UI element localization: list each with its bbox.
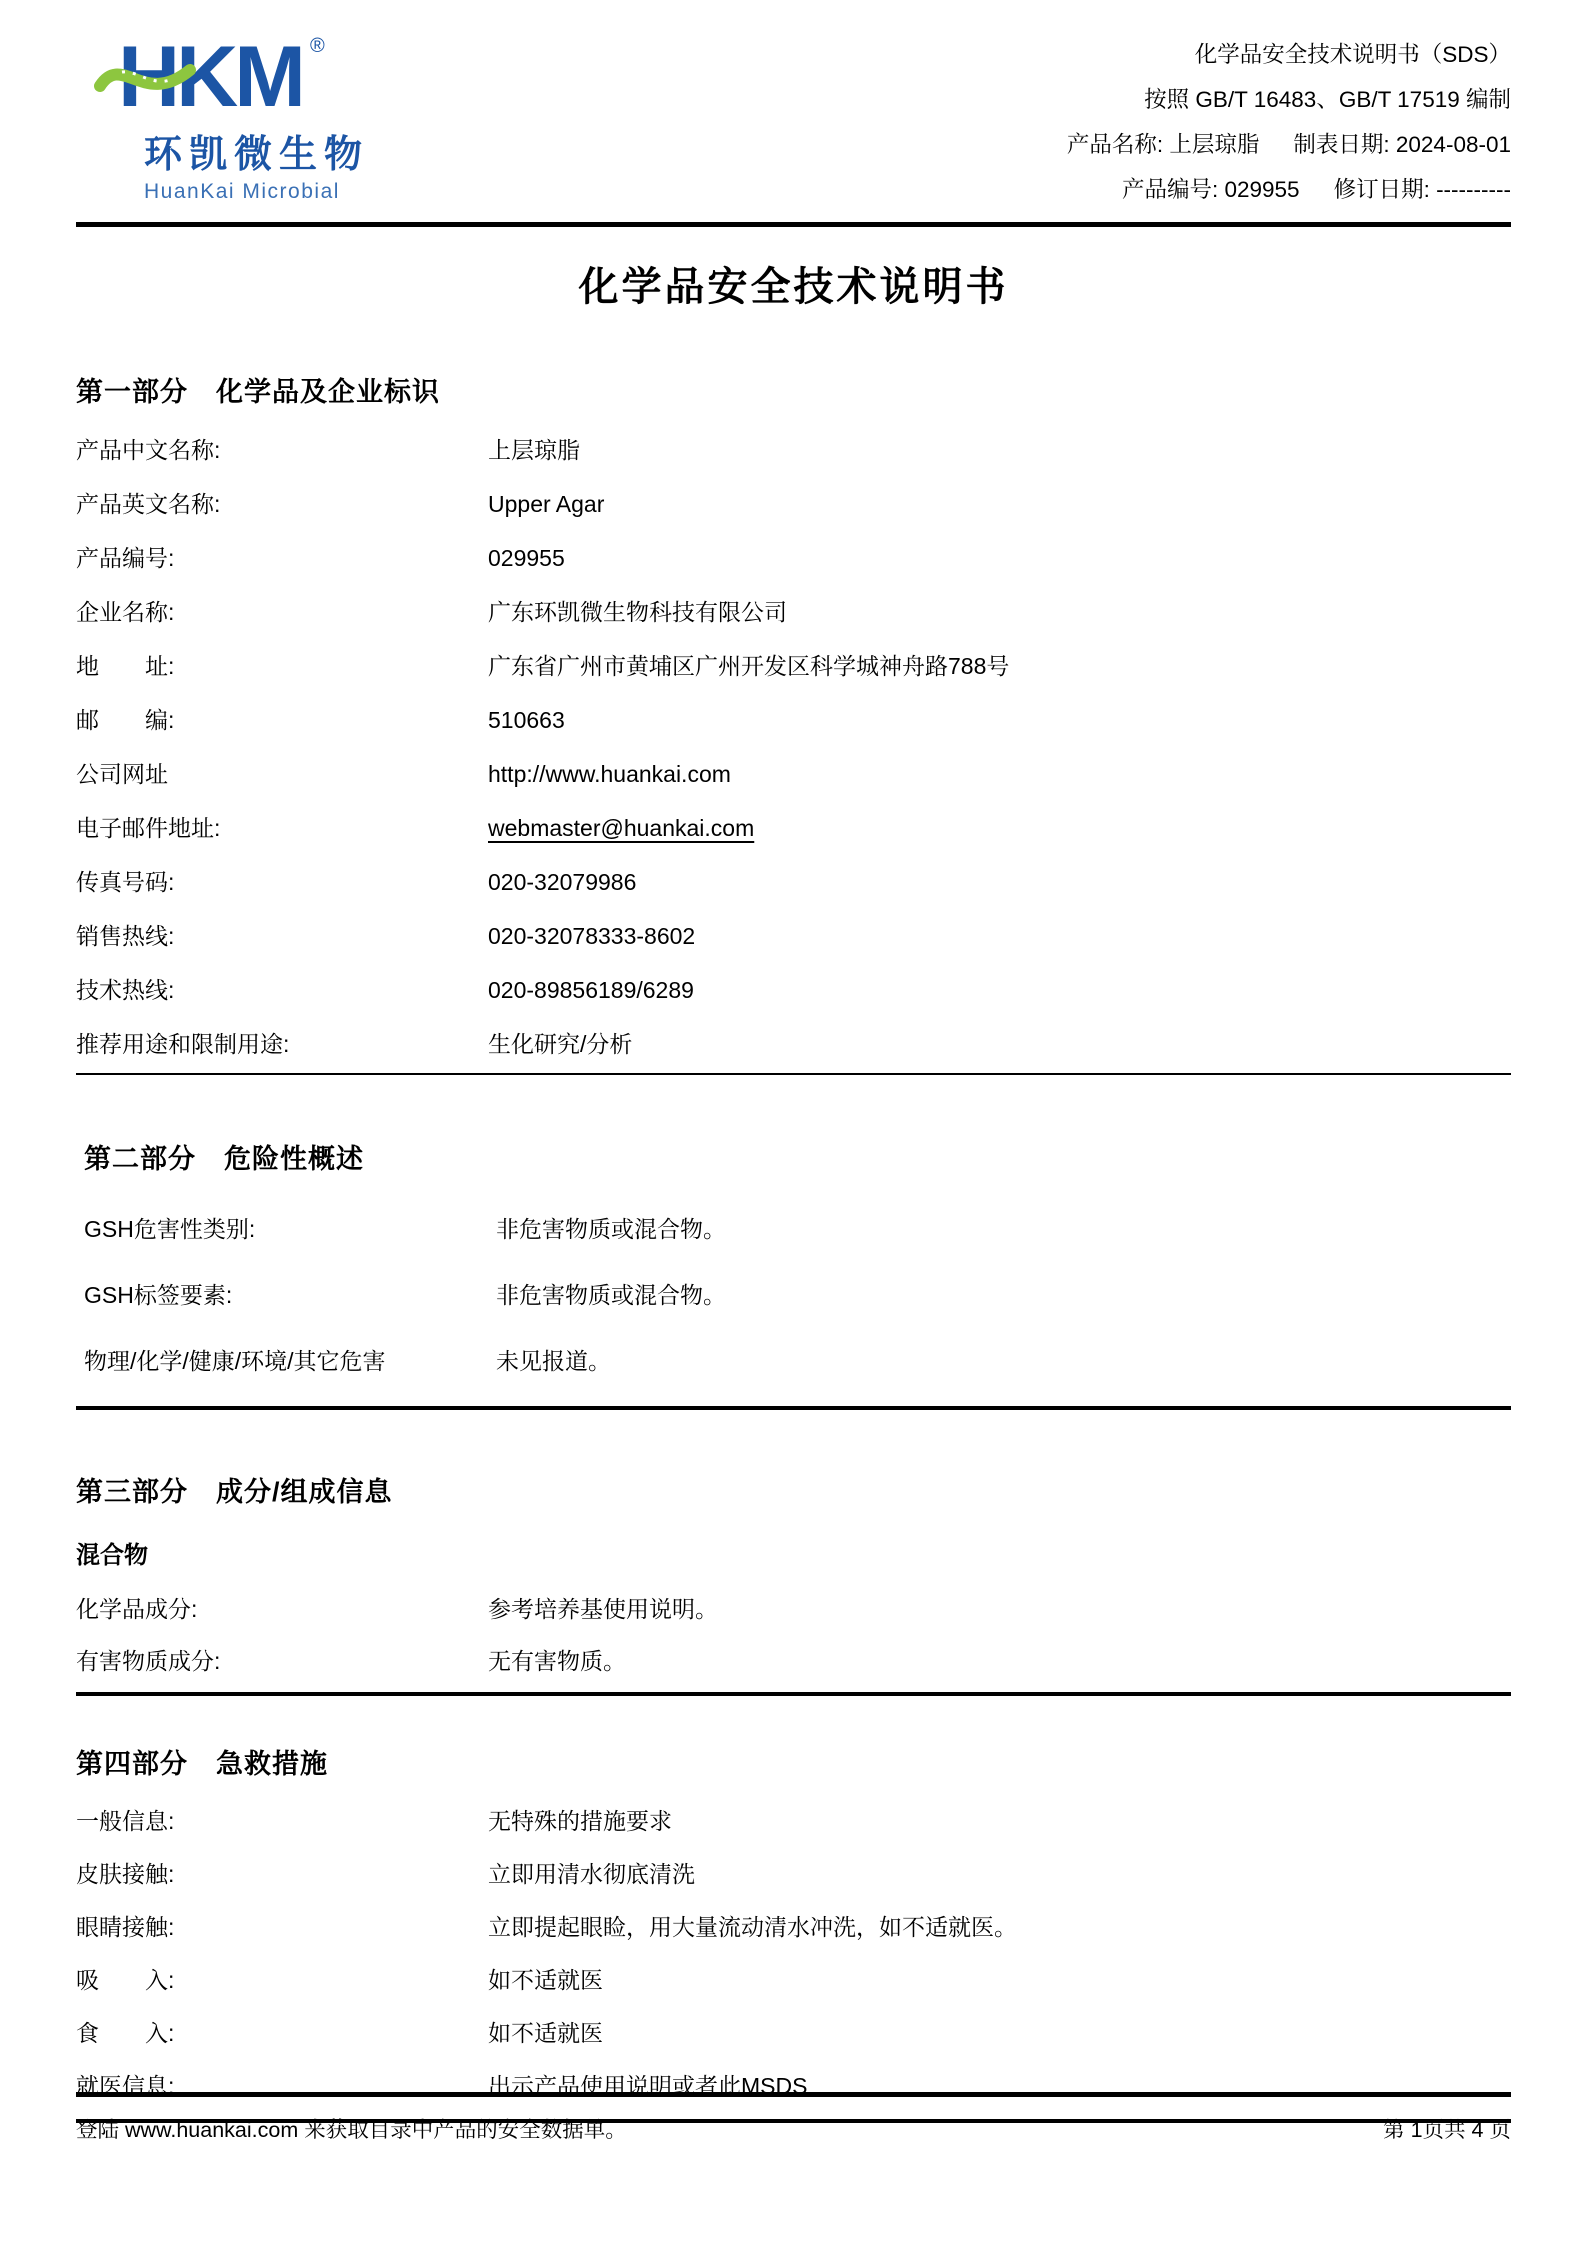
sds-document-page: HKM ® 环凯微生物 HuanKai Microbial 化学品安全技术说明书… [0,0,1587,2245]
row-email: 电子邮件地址: webmaster@huankai.com [76,816,1511,841]
row-eye-contact: 眼睛接触: 立即提起眼睑，用大量流动清水冲洗，如不适就医。 [76,1915,1511,1940]
website-link[interactable]: http://www.huankai.com [488,762,1511,787]
row-product-en-name: 产品英文名称: Upper Agar [76,492,1511,517]
footer-text: 登陆 www.huankai.com 来获取目录中产品的安全数据单。 第 1页共… [76,2113,1511,2144]
field-label: 皮肤接触: [76,1862,488,1887]
document-title: 化学品安全技术说明书 [76,255,1511,312]
field-label: 传真号码: [76,870,488,895]
field-value: 如不适就医 [488,2021,1511,2046]
page-number: 第 1页共 4 页 [1383,2113,1511,2144]
page-footer: 登陆 www.huankai.com 来获取目录中产品的安全数据单。 第 1页共… [76,2092,1511,2144]
field-value: 广东环凯微生物科技有限公司 [488,600,1511,625]
field-value: 生化研究/分析 [488,1032,1511,1057]
page-content: HKM ® 环凯微生物 HuanKai Microbial 化学品安全技术说明书… [0,0,1587,2123]
logo-cn-name: 环凯微生物 [92,123,369,178]
header-info: 化学品安全技术说明书（SDS） 按照 GB/T 16483、GB/T 17519… [1067,26,1511,212]
section-1-divider [76,1073,1511,1075]
section-1-heading: 第一部分 化学品及企业标识 [76,370,1511,409]
field-label: 眼睛接触: [76,1915,488,1940]
field-value: 020-32079986 [488,870,1511,895]
row-skin-contact: 皮肤接触: 立即用清水彻底清洗 [76,1862,1511,1887]
field-value: 无有害物质。 [488,1649,1511,1674]
field-label: 技术热线: [76,978,488,1003]
row-gsh-class: GSH危害性类别: 非危害物质或混合物。 [84,1217,1511,1242]
row-postcode: 邮 编: 510663 [76,708,1511,733]
header-standards: 按照 GB/T 16483、GB/T 17519 编制 [1067,77,1511,122]
row-company-name: 企业名称: 广东环凯微生物科技有限公司 [76,600,1511,625]
page-header: HKM ® 环凯微生物 HuanKai Microbial 化学品安全技术说明书… [76,26,1511,212]
row-website: 公司网址 http://www.huankai.com [76,762,1511,787]
section-identification: 第一部分 化学品及企业标识 产品中文名称: 上层琼脂 产品英文名称: Upper… [76,370,1511,1075]
field-label: 销售热线: [76,924,488,949]
field-label: 产品编号: [76,546,488,571]
field-value: 如不适就医 [488,1968,1511,1993]
field-label: 产品中文名称: [76,438,488,463]
header-product-code: 产品编号: 029955 [1122,177,1300,202]
field-value: 立即用清水彻底清洗 [488,1862,1511,1887]
registered-mark-icon: ® [310,35,325,57]
field-value: 无特殊的措施要求 [488,1809,1511,1834]
header-create-date: 制表日期: 2024-08-01 [1293,132,1511,157]
field-value: 广东省广州市黄埔区广州开发区科学城神舟路788号 [488,654,1511,679]
field-value: 020-32078333-8602 [488,924,1511,949]
field-value: 上层琼脂 [488,438,1511,463]
row-tech-hotline: 技术热线: 020-89856189/6289 [76,978,1511,1003]
row-ingestion: 食 入: 如不适就医 [76,2021,1511,2046]
section-3-divider [76,1692,1511,1696]
field-value: 029955 [488,546,1511,571]
row-product-code: 产品编号: 029955 [76,546,1511,571]
section-4-heading: 第四部分 急救措施 [76,1742,1511,1781]
field-label: 电子邮件地址: [76,816,488,841]
section-3-heading: 第三部分 成分/组成信息 [76,1470,1511,1509]
field-label: 食 入: [76,2021,488,2046]
field-label: 公司网址 [76,762,488,787]
header-product-date-line: 产品名称: 上层琼脂制表日期: 2024-08-01 [1067,122,1511,167]
email-link[interactable]: webmaster@huankai.com [488,816,1511,841]
header-code-revision-line: 产品编号: 029955修订日期: ---------- [1067,167,1511,212]
field-value: 020-89856189/6289 [488,978,1511,1003]
hkm-logo-mark: HKM ® [92,30,332,116]
footer-divider [76,2092,1511,2097]
header-doc-type: 化学品安全技术说明书（SDS） [1067,32,1511,77]
field-value: 参考培养基使用说明。 [488,1597,1511,1622]
field-label: 一般信息: [76,1809,488,1834]
field-value: 510663 [488,708,1511,733]
section-first-aid: 第四部分 急救措施 一般信息: 无特殊的措施要求 皮肤接触: 立即用清水彻底清洗… [76,1742,1511,2123]
field-value: 未见报道。 [496,1349,1511,1374]
section-hazards: 第二部分 危险性概述 GSH危害性类别: 非危害物质或混合物。 GSH标签要素:… [76,1137,1511,1410]
hkm-logo: HKM ® 环凯微生物 HuanKai Microbial [76,26,369,204]
header-divider [76,222,1511,227]
field-label: 产品英文名称: [76,492,488,517]
section-2-heading: 第二部分 危险性概述 [84,1137,1511,1176]
field-label: 推荐用途和限制用途: [76,1032,488,1057]
header-product-name: 产品名称: 上层琼脂 [1067,132,1260,157]
row-other-hazards: 物理/化学/健康/环境/其它危害 未见报道。 [84,1349,1511,1374]
row-inhalation: 吸 入: 如不适就医 [76,1968,1511,1993]
section-2-divider [76,1406,1511,1410]
row-gsh-label-elements: GSH标签要素: 非危害物质或混合物。 [84,1283,1511,1308]
field-label: 化学品成分: [76,1597,488,1622]
footer-note: 登陆 www.huankai.com 来获取目录中产品的安全数据单。 [76,2113,627,2144]
row-address: 地 址: 广东省广州市黄埔区广州开发区科学城神舟路788号 [76,654,1511,679]
row-chemical-composition: 化学品成分: 参考培养基使用说明。 [76,1597,1511,1622]
field-label: 有害物质成分: [76,1649,488,1674]
field-label: GSH危害性类别: [84,1217,496,1242]
row-sales-hotline: 销售热线: 020-32078333-8602 [76,924,1511,949]
field-value: 立即提起眼睑，用大量流动清水冲洗，如不适就医。 [488,1915,1511,1940]
row-fax: 传真号码: 020-32079986 [76,870,1511,895]
section-composition: 第三部分 成分/组成信息 混合物 化学品成分: 参考培养基使用说明。 有害物质成… [76,1470,1511,1696]
field-label: 地 址: [76,654,488,679]
field-value: 非危害物质或混合物。 [496,1217,1511,1242]
header-revision-date: 修订日期: ---------- [1334,177,1511,202]
field-value: Upper Agar [488,492,1511,517]
hkm-logo-text: HKM [118,30,302,116]
mixture-subheading: 混合物 [76,1535,1511,1570]
field-label: 企业名称: [76,600,488,625]
logo-en-name: HuanKai Microbial [92,180,369,204]
field-label: 邮 编: [76,708,488,733]
row-recommended-use: 推荐用途和限制用途: 生化研究/分析 [76,1032,1511,1057]
row-product-cn-name: 产品中文名称: 上层琼脂 [76,438,1511,463]
row-hazardous-components: 有害物质成分: 无有害物质。 [76,1649,1511,1674]
field-label: 物理/化学/健康/环境/其它危害 [84,1349,496,1374]
row-general-info: 一般信息: 无特殊的措施要求 [76,1809,1511,1834]
field-value: 非危害物质或混合物。 [496,1283,1511,1308]
field-label: 吸 入: [76,1968,488,1993]
field-label: GSH标签要素: [84,1283,496,1308]
